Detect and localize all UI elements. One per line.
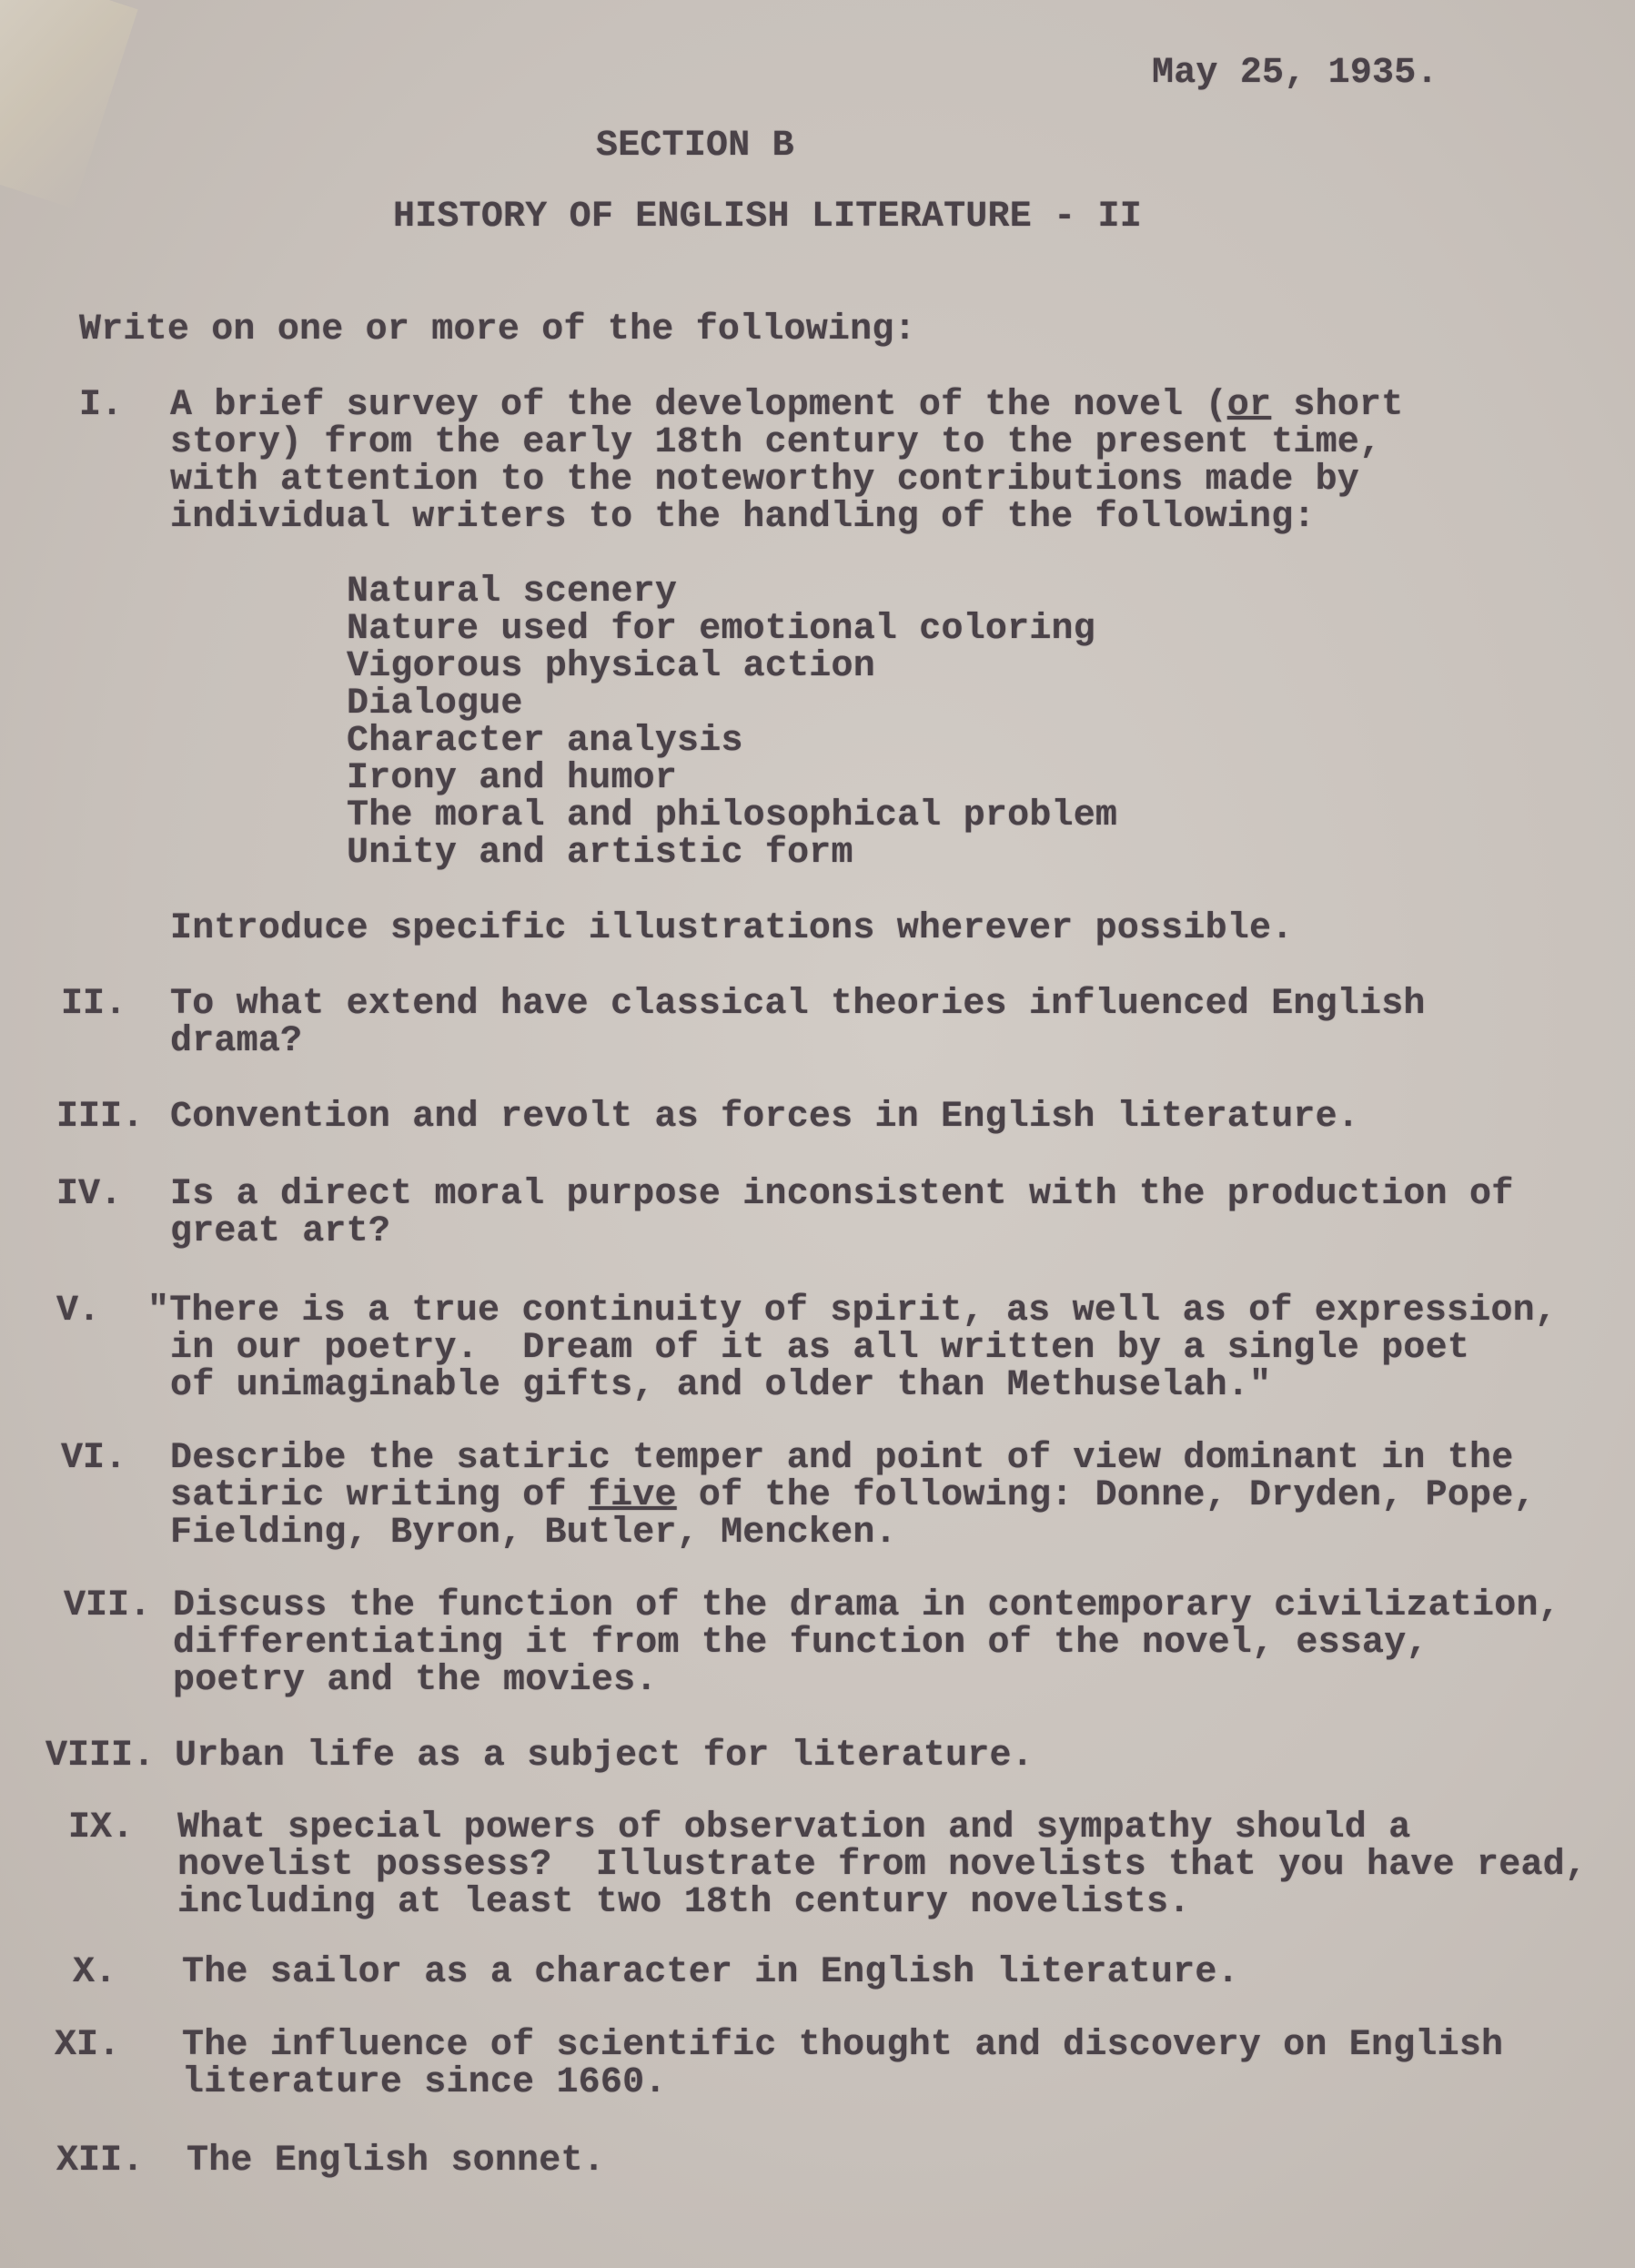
question-number: III. (56, 1099, 144, 1136)
question-line: The English sonnet. (187, 2142, 605, 2180)
question-line: poetry and the movies. (173, 1662, 658, 1699)
question-number: XI. (55, 2027, 120, 2064)
question-line: Urban life as a subject for literature. (175, 1737, 1034, 1775)
question-line: drama? (170, 1023, 302, 1060)
question-line: "There is a true continuity of spirit, a… (147, 1292, 1557, 1330)
question-line: Discuss the function of the drama in con… (173, 1587, 1560, 1625)
underlined-word: or (1227, 385, 1271, 426)
sub-item: Irony and humor (347, 760, 677, 797)
question-line: A brief survey of the development of the… (170, 387, 1403, 424)
question-line: Fielding, Byron, Butler, Mencken. (170, 1514, 897, 1552)
question-line: including at least two 18th century nove… (177, 1884, 1190, 1921)
question-line: of unimaginable gifts, and older than Me… (170, 1367, 1271, 1404)
question-number: X. (73, 1954, 116, 1991)
question-line: individual writers to the handling of th… (170, 499, 1316, 536)
question-number: IV. (56, 1176, 122, 1213)
question-line: with attention to the noteworthy contrib… (170, 461, 1359, 499)
question-line: differentiating it from the function of … (173, 1625, 1428, 1662)
sub-item: Natural scenery (347, 573, 677, 611)
sub-item: Unity and artistic form (347, 835, 853, 872)
question-line: satiric writing of five of the following… (170, 1477, 1536, 1514)
sub-item: Character analysis (347, 723, 743, 760)
question-line: The influence of scientific thought and … (182, 2027, 1503, 2064)
question-note: Introduce specific illustrations whereve… (170, 910, 1293, 947)
question-number: VIII. (45, 1737, 155, 1775)
question-line: Convention and revolt as forces in Engli… (170, 1099, 1359, 1136)
question-line: The sailor as a character in English lit… (182, 1954, 1239, 1991)
sub-item: The moral and philosophical problem (347, 797, 1117, 835)
question-number: XII. (56, 2142, 144, 2180)
sub-item: Vigorous physical action (347, 648, 875, 685)
instructions: Write on one or more of the following: (79, 311, 916, 349)
exam-date: May 25, 1935. (1152, 55, 1438, 92)
question-line: novelist possess? Illustrate from noveli… (177, 1847, 1587, 1884)
question-number: VI. (61, 1440, 126, 1477)
question-line: Describe the satiric temper and point of… (170, 1440, 1513, 1477)
question-number: II. (61, 986, 126, 1023)
sub-item: Nature used for emotional coloring (347, 611, 1095, 648)
question-number: VII. (64, 1587, 151, 1625)
section-heading: SECTION B (596, 127, 794, 165)
question-line: great art? (170, 1213, 390, 1250)
question-number: IX. (68, 1809, 134, 1847)
question-number: V. (56, 1292, 100, 1330)
question-line: story) from the early 18th century to th… (170, 424, 1381, 461)
sub-item: Dialogue (347, 685, 523, 723)
underlined-word: five (589, 1475, 677, 1516)
question-line: To what extend have classical theories i… (170, 986, 1426, 1023)
exam-title: HISTORY OF ENGLISH LITERATURE - II (393, 198, 1142, 236)
question-line: literature since 1660. (182, 2064, 667, 2101)
question-line: in our poetry. Dream of it as all writte… (170, 1330, 1469, 1367)
question-line: Is a direct moral purpose inconsistent w… (170, 1176, 1513, 1213)
question-number: I. (79, 387, 123, 424)
question-line: What special powers of observation and s… (177, 1809, 1410, 1847)
